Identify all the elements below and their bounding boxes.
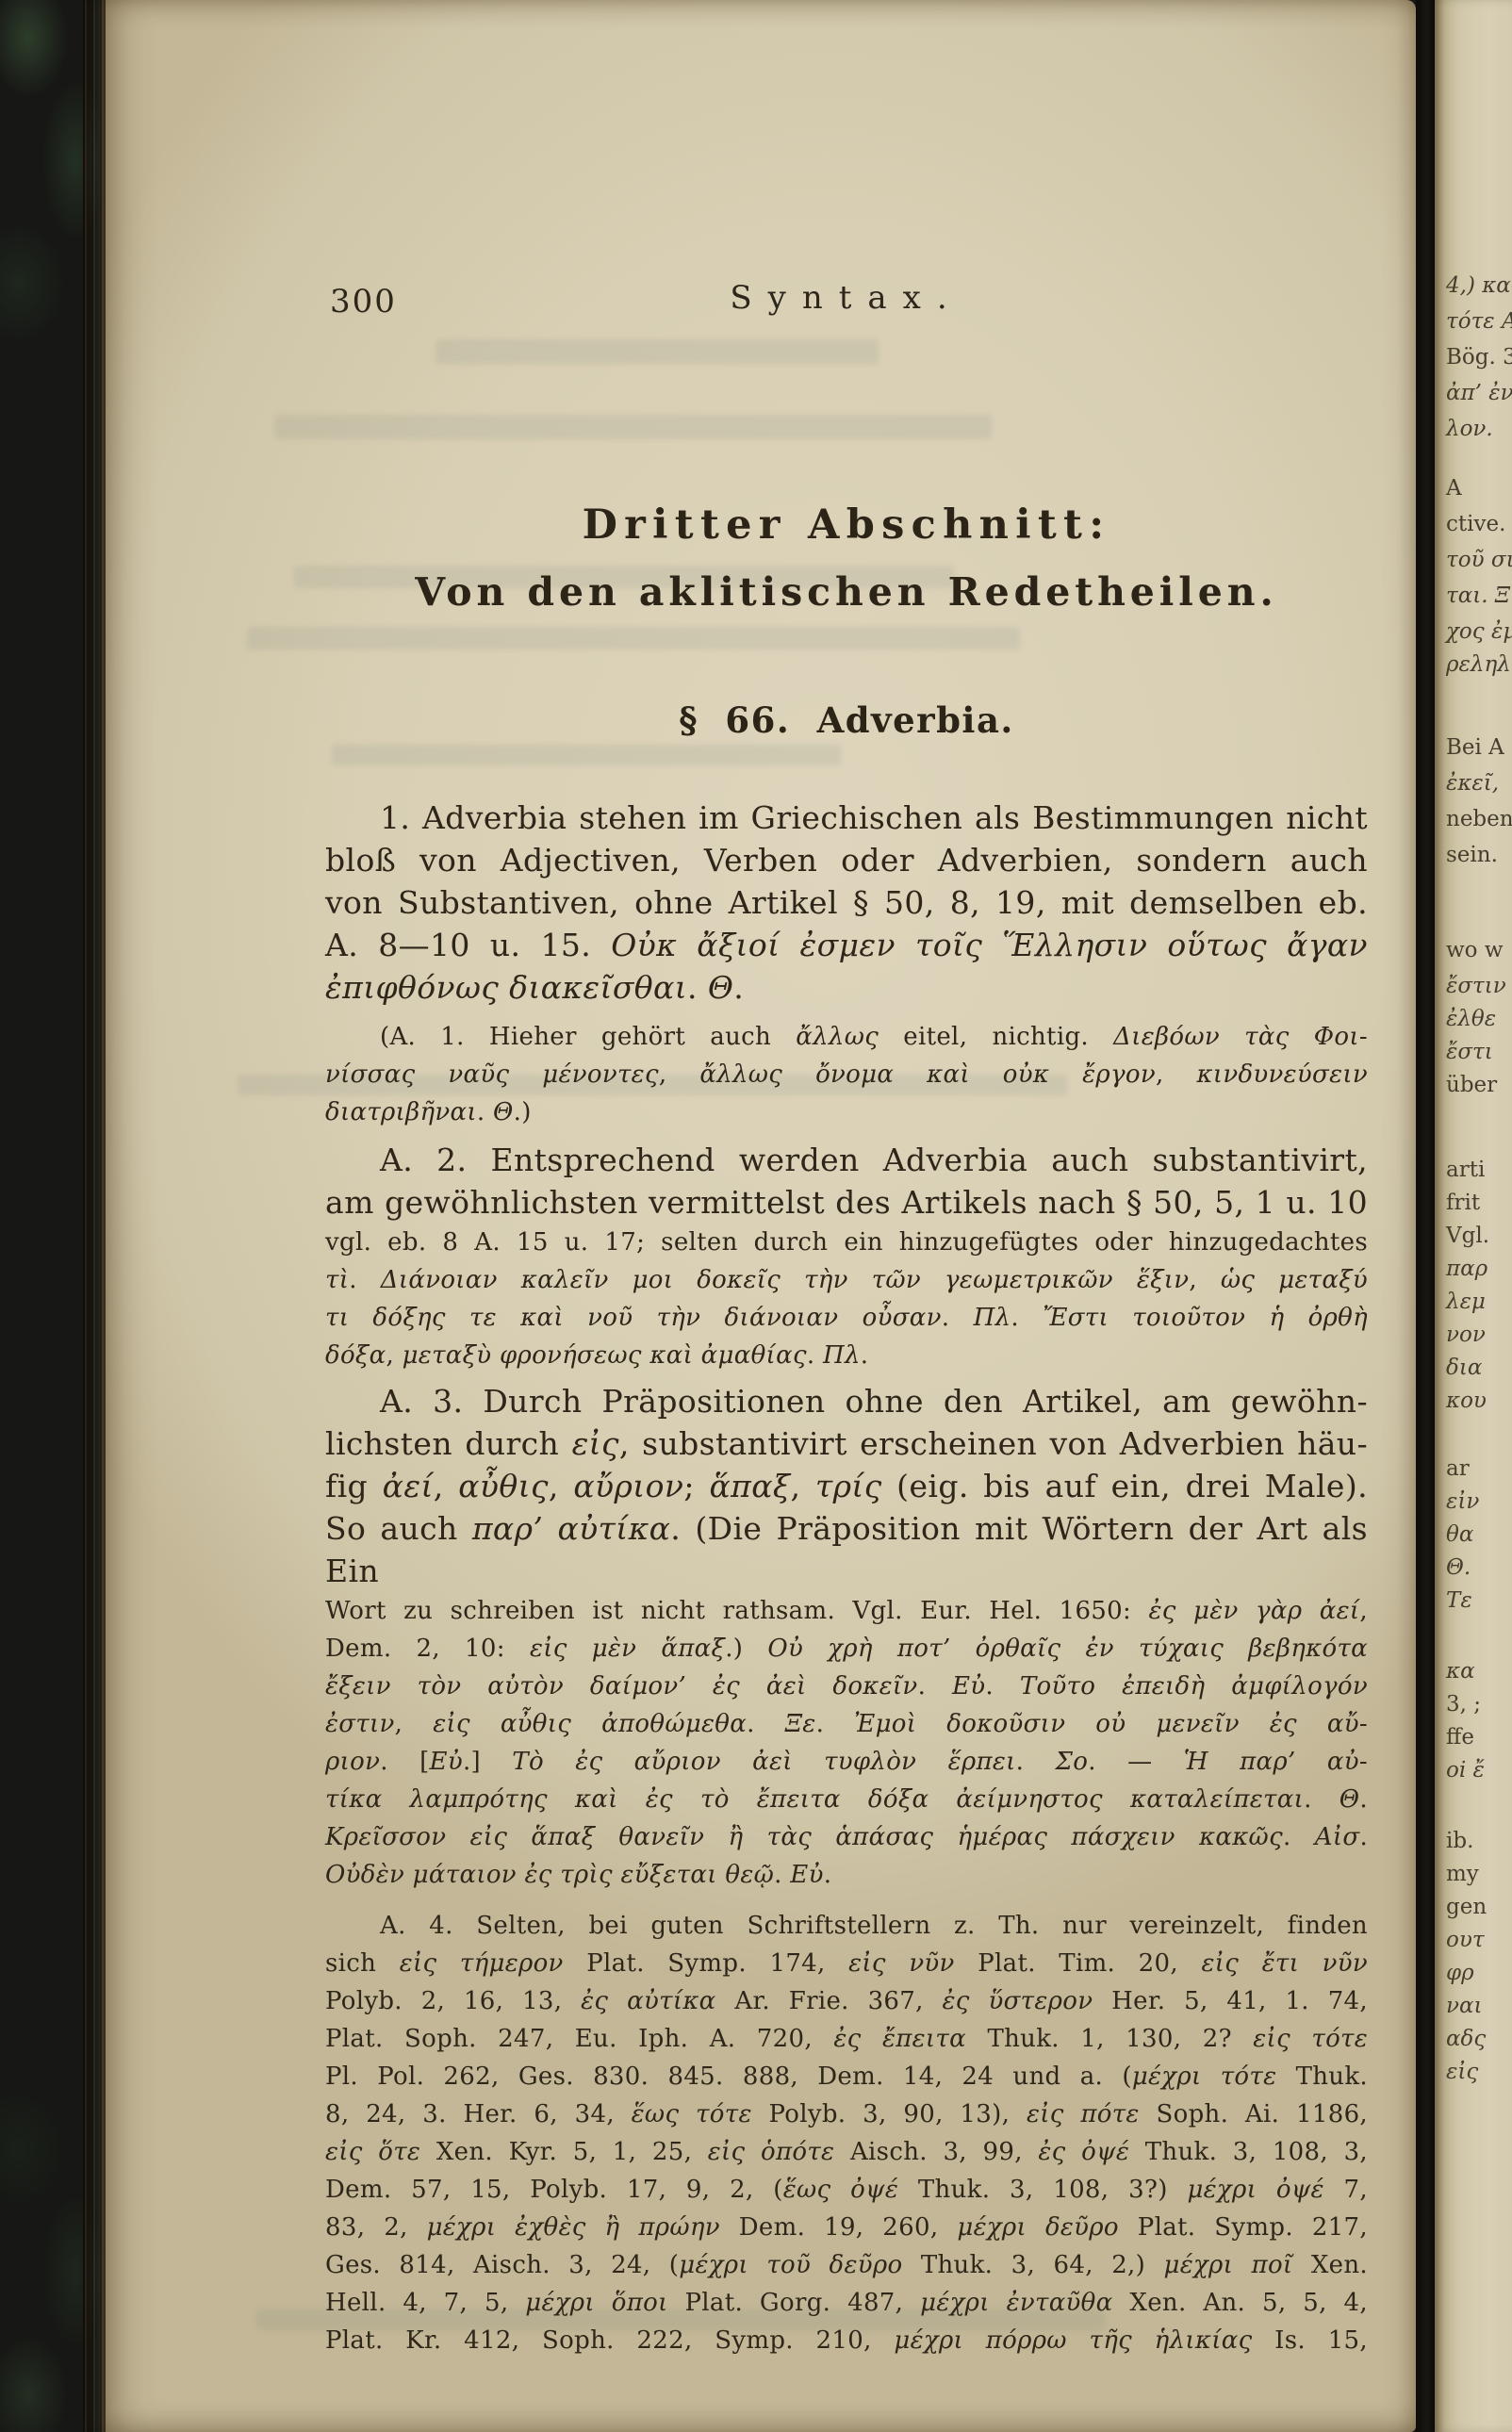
- adjacent-page-text-fragment: ἔστιν: [1446, 974, 1506, 998]
- text-line: Pl. Pol. 262, Ges. 830. 845. 888, Dem. 1…: [325, 2058, 1368, 2095]
- adjacent-page-text-fragment: εἰν: [1446, 1489, 1479, 1514]
- adjacent-page-text-fragment: ἐκεῖ,: [1446, 771, 1499, 796]
- text-line: 83, 2, μέχρι ἐχθὲς ἢ πρώην Dem. 19, 260,…: [325, 2209, 1368, 2246]
- adjacent-page-text-fragment: κα: [1446, 1659, 1475, 1684]
- text-line: Plat. Soph. 247, Eu. Iph. A. 720, ἐς ἔπε…: [325, 2020, 1368, 2058]
- adjacent-page-text-fragment: δια: [1446, 1356, 1482, 1380]
- paragraph-para-1: 1. Adverbia stehen im Griechischen als B…: [325, 797, 1368, 1009]
- adjacent-page-text-fragment: wo w: [1446, 938, 1504, 962]
- text-line: A. 2. Entsprechend werden Adverbia auch …: [325, 1139, 1368, 1181]
- text-line: τι δόξης τε καὶ νοῦ τὴν διάνοιαν οὖσαν. …: [325, 1299, 1368, 1337]
- text-line: (A. 1. Hieher gehört auch ἄλλως eitel, n…: [325, 1018, 1368, 1056]
- book-scan: 300 Syntax. Dritter Abschnitt: Von den a…: [0, 0, 1512, 2432]
- text-column: 1. Adverbia stehen im Griechischen als B…: [325, 797, 1368, 2359]
- adjacent-page-text-fragment: gen: [1446, 1895, 1487, 1919]
- show-through-ghost: [275, 415, 992, 439]
- paragraph-a3a: A. 3. Durch Präpositionen ohne den Artik…: [325, 1380, 1368, 1592]
- text-line: am gewöhnlichsten vermittelst des Artike…: [325, 1181, 1368, 1224]
- adjacent-page-text-fragment: 4,) κα-: [1446, 273, 1512, 298]
- text-line: 8, 24, 3. Her. 6, 34, ἕως τότε Polyb. 3,…: [325, 2095, 1368, 2133]
- adjacent-page-text-fragment: χος ἐμ: [1446, 619, 1512, 644]
- adjacent-page-text-fragment: τότε A: [1446, 309, 1512, 334]
- adjacent-page-text-fragment: λον.: [1446, 417, 1493, 441]
- paragraph-anm-2a: A. 2. Entsprechend werden Adverbia auch …: [325, 1139, 1368, 1224]
- adjacent-page-text-fragment: ουτ: [1446, 1928, 1485, 1952]
- text-line: Hell. 4, 7, 5, μέχρι ὅποι Plat. Gorg. 48…: [325, 2284, 1368, 2322]
- paragraph-anm-2b: vgl. eb. 8 A. 15 u. 17; selten durch ein…: [325, 1224, 1368, 1374]
- text-line: Dem. 2, 10: εἰς μὲν ἅπαξ.) Οὐ χρὴ ποτ’ ὀ…: [325, 1630, 1368, 1668]
- adjacent-page-text-fragment: ναι: [1446, 1994, 1483, 2018]
- text-line: διατριβῆναι. Θ.): [325, 1093, 1368, 1131]
- text-line: 1. Adverbia stehen im Griechischen als B…: [325, 797, 1368, 839]
- running-header: Syntax.: [325, 279, 1368, 317]
- section-heading-line2: Von den aklitischen Redetheilen.: [288, 569, 1405, 615]
- text-line: A. 8—10 u. 15. Οὐκ ἄξιοί ἐσμεν τοῖς Ἕλλη…: [325, 924, 1368, 966]
- adjacent-page-text-fragment: neben: [1446, 807, 1512, 831]
- show-through-ghost: [247, 627, 1020, 649]
- text-line: bloß von Adjectiven, Verben oder Adverbi…: [325, 839, 1368, 881]
- adjacent-page-text-fragment: ffe: [1446, 1725, 1474, 1750]
- adjacent-page-text-fragment: νον: [1446, 1323, 1486, 1347]
- adjacent-page-text-fragment: my: [1446, 1862, 1479, 1886]
- adjacent-page-edge: 4,) κα-τότε ABög. 3ἀπ’ ἐνλον.Active.τοῦ …: [1435, 0, 1512, 2432]
- text-line: Οὐδὲν μάταιον ἐς τρὶς εὔξεται θεῷ. Εὐ.: [325, 1856, 1368, 1894]
- text-line: fig ἀεί, αὖθις, αὔριον; ἅπαξ, τρίς (eig.…: [325, 1465, 1368, 1507]
- adjacent-page-text-fragment: ρεληλύ: [1446, 652, 1512, 677]
- paragraph-title: § 66. Adverbia.: [325, 699, 1368, 741]
- adjacent-page-text-fragment: sein.: [1446, 843, 1498, 867]
- text-line: Wort zu schreiben ist nicht rathsam. Vgl…: [325, 1592, 1368, 1630]
- text-line: von Substantiven, ohne Artikel § 50, 8, …: [325, 881, 1368, 924]
- adjacent-page-text-fragment: ἐλθε: [1446, 1007, 1496, 1031]
- adjacent-page-text-fragment: ib.: [1446, 1829, 1473, 1853]
- text-line: ἔξειν τὸν αὐτὸν δαίμον’ ἐς ἀεὶ δοκεῖν. Ε…: [325, 1668, 1368, 1705]
- text-line: Κρεῖσσον εἰς ἅπαξ θανεῖν ἢ τὰς ἁπάσας ἡμ…: [325, 1818, 1368, 1856]
- adjacent-page-text-fragment: Bög. 3: [1446, 345, 1512, 370]
- text-line: Plat. Kr. 412, Soph. 222, Symp. 210, μέχ…: [325, 2322, 1368, 2359]
- adjacent-page-text-fragment: λεμ: [1446, 1290, 1486, 1314]
- page-gutter-shadow: [1416, 0, 1435, 2432]
- text-line: ριον. [Εὐ.] Τὸ ἐς αὔριον ἀεὶ τυφλὸν ἕρπε…: [325, 1743, 1368, 1781]
- text-line: εἰς ὅτε Xen. Kyr. 5, 1, 25, εἰς ὁπότε Ai…: [325, 2133, 1368, 2171]
- adjacent-page-text-fragment: τοῦ σι: [1446, 548, 1512, 572]
- text-line: Dem. 57, 15, Polyb. 17, 9, 2, (ἕως ὀψέ T…: [325, 2171, 1368, 2209]
- adjacent-page-text-fragment: frit: [1446, 1191, 1480, 1215]
- text-line: So auch παρ’ αὐτίκα. (Die Präposition mi…: [325, 1507, 1368, 1592]
- text-line: vgl. eb. 8 A. 15 u. 17; selten durch ein…: [325, 1224, 1368, 1261]
- adjacent-page-text-fragment: Θ.: [1446, 1555, 1471, 1580]
- text-line: A. 3. Durch Präpositionen ohne den Artik…: [325, 1380, 1368, 1422]
- adjacent-page-text-fragment: über: [1446, 1073, 1497, 1097]
- show-through-ghost: [332, 745, 841, 765]
- text-line: τίκα λαμπρότης καὶ ἐς τὸ ἔπειτα δόξα ἀεί…: [325, 1781, 1368, 1818]
- text-line: δόξα, μεταξὺ φρονήσεως καὶ ἀμαθίας. Πλ.: [325, 1337, 1368, 1374]
- adjacent-page-text-fragment: θα: [1446, 1522, 1473, 1547]
- adjacent-page-text-fragment: Vgl.: [1446, 1224, 1489, 1248]
- text-line: A. 4. Selten, bei guten Schriftstellern …: [325, 1907, 1368, 1945]
- text-line: lichsten durch εἰς, substantivirt ersche…: [325, 1422, 1368, 1465]
- adjacent-page-text-fragment: Bei A: [1446, 735, 1504, 760]
- text-line: Ges. 814, Aisch. 3, 24, (μέχρι τοῦ δεῦρο…: [325, 2246, 1368, 2284]
- adjacent-page-text-fragment: ἀπ’ ἐν: [1446, 381, 1512, 405]
- adjacent-page-text-fragment: oi ἔ: [1446, 1758, 1485, 1783]
- adjacent-page-text-fragment: παρ: [1446, 1257, 1487, 1281]
- section-heading-line1: Dritter Abschnitt:: [325, 501, 1368, 549]
- text-line: ἐπιφθόνως διακεῖσθαι. Θ.: [325, 966, 1368, 1009]
- show-through-ghost: [436, 339, 879, 364]
- paragraph-a3b: Wort zu schreiben ist nicht rathsam. Vgl…: [325, 1592, 1368, 1894]
- adjacent-page-text-fragment: κου: [1446, 1389, 1487, 1413]
- adjacent-page-text-fragment: αδς: [1446, 2027, 1486, 2051]
- adjacent-page-text-fragment: ται. Ξ: [1446, 583, 1510, 608]
- text-line: νίσσας ναῦς μένοντες, ἄλλως ὄνομα καὶ οὐ…: [325, 1056, 1368, 1093]
- adjacent-page-text-fragment: ar: [1446, 1456, 1470, 1481]
- book-page: 300 Syntax. Dritter Abschnitt: Von den a…: [106, 0, 1416, 2432]
- adjacent-page-text-fragment: 3, ;: [1446, 1692, 1481, 1717]
- text-line: sich εἰς τήμερον Plat. Symp. 174, εἰς νῦ…: [325, 1945, 1368, 1982]
- adjacent-page-text-fragment: φρ: [1446, 1961, 1474, 1985]
- adjacent-page-text-fragment: A: [1446, 476, 1462, 501]
- text-line: Polyb. 2, 16, 13, ἐς αὐτίκα Ar. Frie. 36…: [325, 1982, 1368, 2020]
- text-line: τὶ. Διάνοιαν καλεῖν μοι δοκεῖς τὴν τῶν γ…: [325, 1261, 1368, 1299]
- paragraph-a4: A. 4. Selten, bei guten Schriftstellern …: [325, 1907, 1368, 2359]
- text-line: ἐστιν, εἰς αὖθις ἀποθώμεθα. Ξε. Ἐμοὶ δοκ…: [325, 1705, 1368, 1743]
- adjacent-page-text-fragment: arti: [1446, 1158, 1485, 1182]
- paragraph-anm-1: (A. 1. Hieher gehört auch ἄλλως eitel, n…: [325, 1018, 1368, 1131]
- adjacent-page-text-fragment: εἰς: [1446, 2060, 1478, 2084]
- adjacent-page-text-fragment: ἔστι: [1446, 1040, 1493, 1064]
- adjacent-page-text-fragment: ctive.: [1446, 512, 1505, 536]
- adjacent-page-text-fragment: Τε: [1446, 1588, 1472, 1613]
